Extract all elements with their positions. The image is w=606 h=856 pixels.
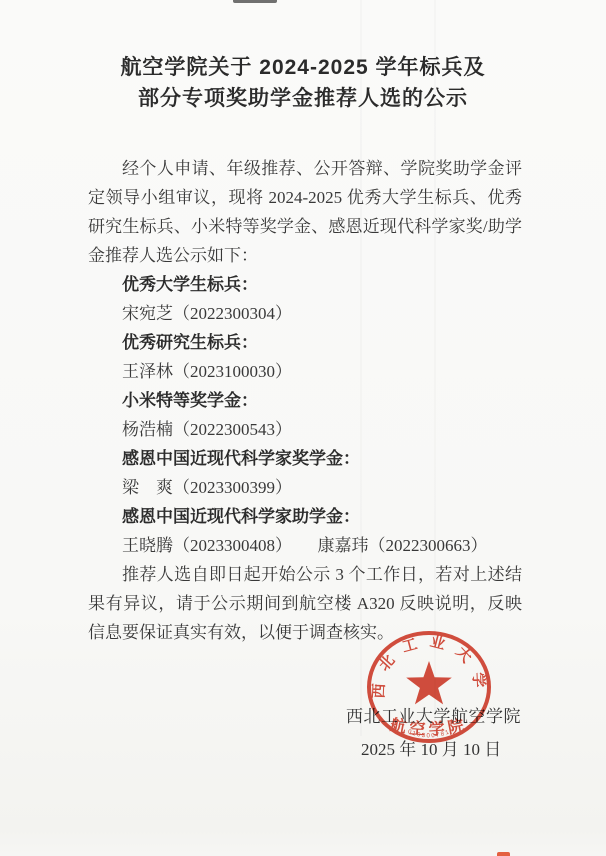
scan-artifact-red-mark xyxy=(497,852,510,856)
award-heading: 小米特等奖学金： xyxy=(88,386,522,415)
award-heading: 优秀大学生标兵： xyxy=(88,270,522,299)
award-recipients: 杨浩楠（2022300543） xyxy=(88,415,522,444)
award-section-grad-model: 优秀研究生标兵： 王泽林（2023100030） xyxy=(88,328,522,386)
document-body: 经个人申请、年级推荐、公开答辩、学院奖助学金评定领导小组审议，现将 2024-2… xyxy=(88,154,522,647)
award-heading: 感恩中国近现代科学家助学金： xyxy=(88,502,522,531)
scan-artifact-mark xyxy=(233,0,277,3)
award-section-scientist-grant: 感恩中国近现代科学家助学金： 王晓腾（2023300408） 康嘉玮（20223… xyxy=(88,502,522,560)
title-line-1: 航空学院关于 2024-2025 学年标兵及 xyxy=(0,52,606,83)
award-recipients: 宋宛芝（2022300304） xyxy=(88,299,522,328)
official-seal-stamp: 西北工业大学 航空学院 6101030078146 xyxy=(358,625,500,751)
award-section-xiaomi: 小米特等奖学金： 杨浩楠（2022300543） xyxy=(88,386,522,444)
award-recipients: 梁 爽（2023300399） xyxy=(88,473,522,502)
award-recipients: 王泽林（2023100030） xyxy=(88,357,522,386)
award-heading: 感恩中国近现代科学家奖学金： xyxy=(88,444,522,473)
award-section-undergrad-model: 优秀大学生标兵： 宋宛芝（2022300304） xyxy=(88,270,522,328)
award-section-scientist-scholarship: 感恩中国近现代科学家奖学金： 梁 爽（2023300399） xyxy=(88,444,522,502)
award-recipients: 王晓腾（2023300408） 康嘉玮（2022300663） xyxy=(88,531,522,560)
title-line-2: 部分专项奖助学金推荐人选的公示 xyxy=(0,83,606,114)
document-page: 航空学院关于 2024-2025 学年标兵及 部分专项奖助学金推荐人选的公示 经… xyxy=(0,0,606,856)
document-title: 航空学院关于 2024-2025 学年标兵及 部分专项奖助学金推荐人选的公示 xyxy=(0,0,606,114)
star-icon xyxy=(406,661,452,704)
award-heading: 优秀研究生标兵： xyxy=(88,328,522,357)
intro-paragraph: 经个人申请、年级推荐、公开答辩、学院奖助学金评定领导小组审议，现将 2024-2… xyxy=(88,154,522,270)
